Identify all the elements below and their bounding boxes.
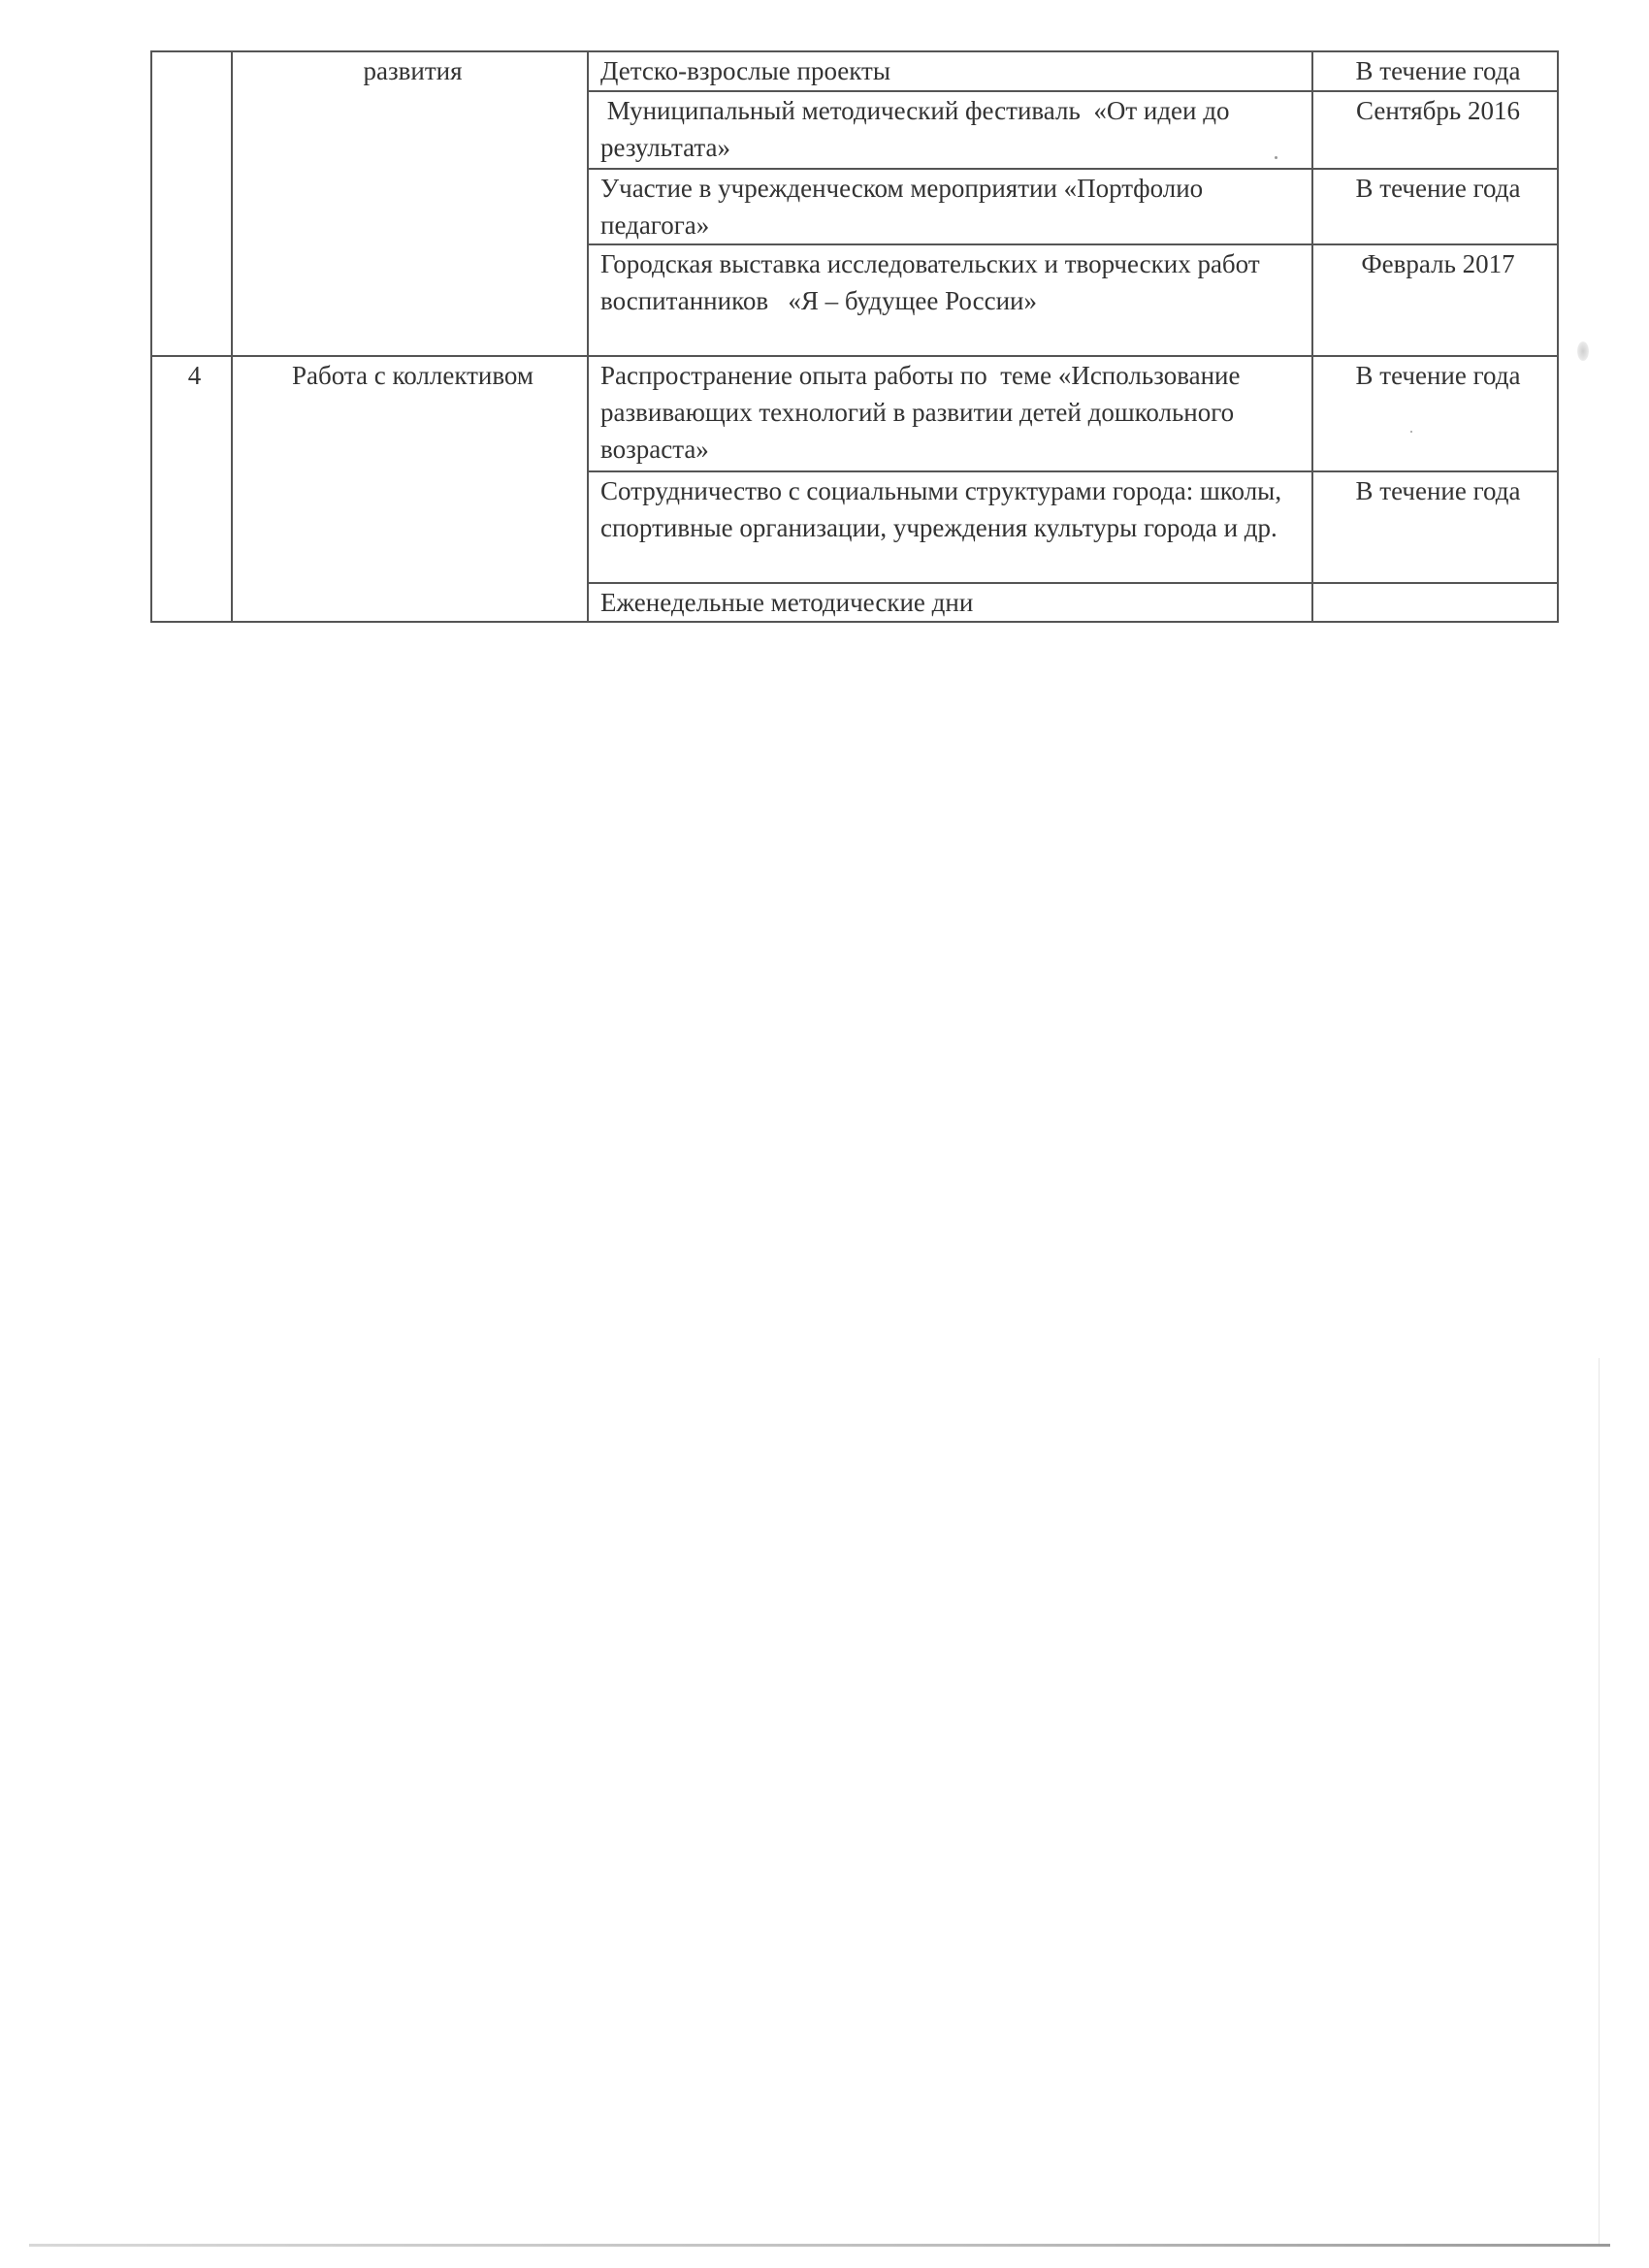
activity-cell: Сотрудничество с социальными структурами… — [588, 471, 1312, 583]
term-cell: Сентябрь 2016 — [1312, 91, 1558, 169]
activity-cell: Детско-взрослые проекты — [588, 51, 1312, 91]
scan-speck — [1275, 156, 1277, 159]
section-cell: развития — [232, 51, 588, 356]
table-row: развития Детско-взрослые проекты В течен… — [151, 51, 1558, 91]
row-number-cell: 4 — [151, 356, 232, 622]
row-number-cell — [151, 51, 232, 356]
term-cell — [1312, 583, 1558, 622]
term-cell: В течение года — [1312, 51, 1558, 91]
scan-edge-right — [1599, 1358, 1600, 2245]
activity-cell: Еженедельные методические дни — [588, 583, 1312, 622]
section-cell: Работа с коллективом — [232, 356, 588, 622]
activity-cell: Городская выставка исследовательских и т… — [588, 244, 1312, 356]
scan-smudge — [1577, 341, 1589, 361]
term-cell: В течение года — [1312, 471, 1558, 583]
scan-edge-bottom — [29, 2244, 1610, 2247]
plan-table: развития Детско-взрослые проекты В течен… — [150, 50, 1559, 623]
term-cell: Февраль 2017 — [1312, 244, 1558, 356]
activity-cell: Распространение опыта работы по теме «Ис… — [588, 356, 1312, 471]
activity-cell: Участие в учрежденческом мероприятии «По… — [588, 169, 1312, 244]
scan-speck — [1410, 431, 1412, 433]
activity-cell: Муниципальный методический фестиваль «От… — [588, 91, 1312, 169]
term-cell: В течение года — [1312, 356, 1558, 471]
table-row: 4 Работа с коллективом Распространение о… — [151, 356, 1558, 471]
scanned-page: развития Детско-взрослые проекты В течен… — [0, 0, 1649, 2268]
term-cell: В течение года — [1312, 169, 1558, 244]
